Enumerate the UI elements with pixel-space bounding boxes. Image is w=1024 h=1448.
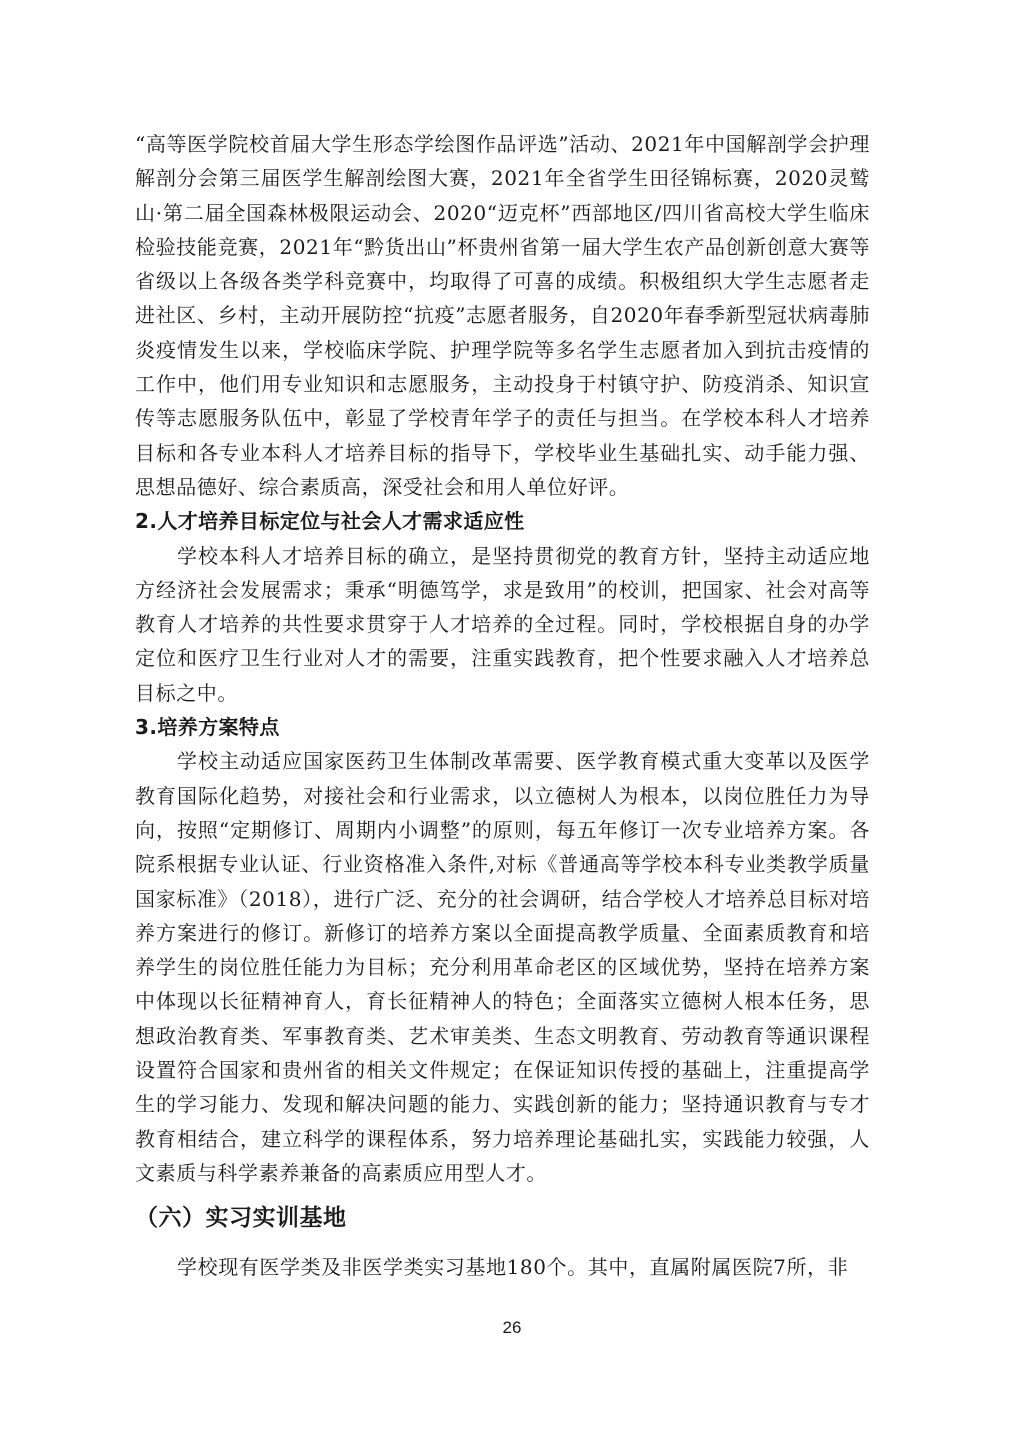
page-number: 26 (0, 1318, 1024, 1338)
paragraph-training-plan: 学校主动适应国家医药卫生体制改革需要、医学教育模式重大变革以及医学教育国际化趋势… (135, 744, 870, 1190)
section-heading-internship-bases: （六）实习实训基地 (135, 1198, 870, 1238)
paragraph-internship-bases: 学校现有医学类及非医学类实习基地180个。其中，直属附属医院7所，非 (135, 1250, 870, 1284)
paragraph-competitions-volunteers: “高等医学院校首届大学生形态学绘图作品评选”活动、2021年中国解剖学会护理解剖… (135, 127, 870, 504)
subheading-talent-goal-adaptability: 2.人才培养目标定位与社会人才需求适应性 (135, 504, 870, 538)
document-page: “高等医学院校首届大学生形态学绘图作品评选”活动、2021年中国解剖学会护理解剖… (135, 127, 870, 1285)
subheading-training-plan-features: 3.培养方案特点 (135, 710, 870, 744)
paragraph-talent-goal: 学校本科人才培养目标的确立，是坚持贯彻党的教育方针，坚持主动适应地方经济社会发展… (135, 539, 870, 710)
